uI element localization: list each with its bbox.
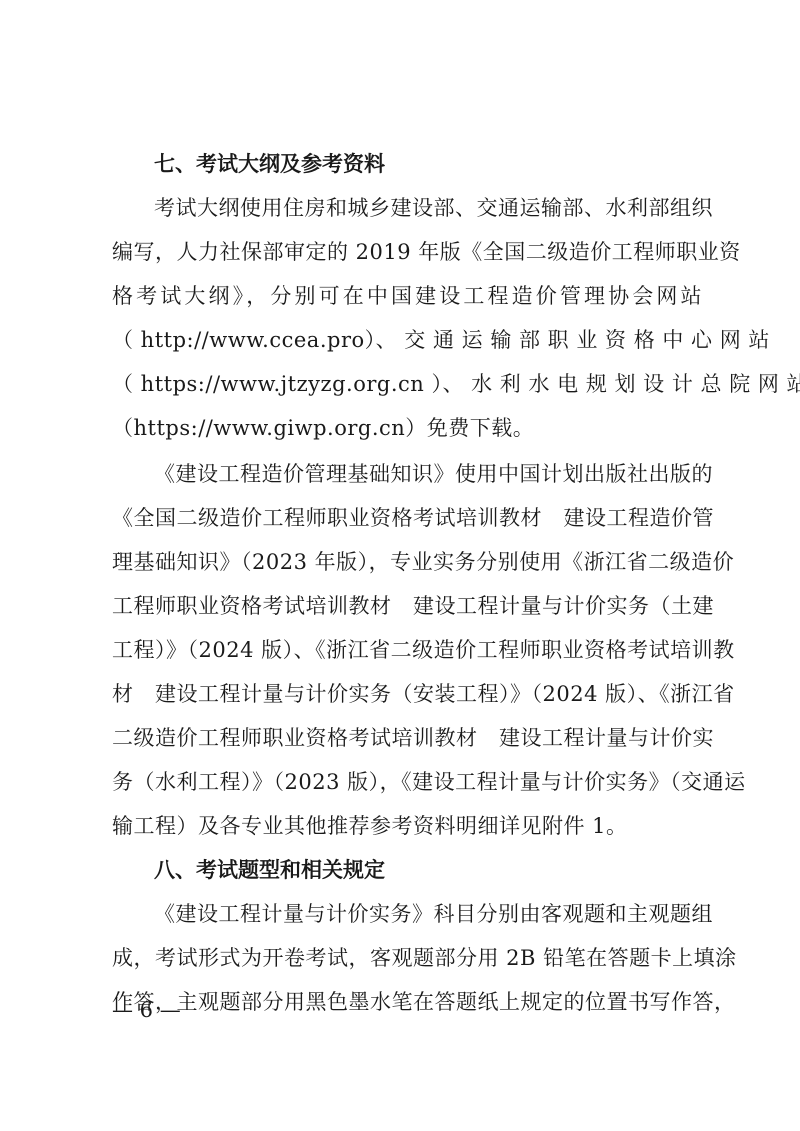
text-line: 格考试大纲》，分别可在中国建设工程造价管理协会网站	[112, 274, 702, 318]
document-page: 七、考试大纲及参考资料 考试大纲使用住房和城乡建设部、交通运输部、水利部组织 编…	[112, 142, 702, 1024]
text-line: 务（水利工程）》（2023 版），《建设工程计量与计价实务》（交通运	[112, 760, 702, 804]
text-line: （ http://www.ccea.pro）、 交 通 运 输 部 职 业 资 …	[112, 318, 702, 362]
text-line: 二级造价工程师职业资格考试培训教材 建设工程计量与计价实	[112, 716, 702, 760]
page-number: — 6 —	[112, 995, 181, 1025]
text-line: 工程师职业资格考试培训教材 建设工程计量与计价实务（土建	[112, 584, 702, 628]
paragraph-exam-syllabus: 考试大纲使用住房和城乡建设部、交通运输部、水利部组织 编写，人力社保部审定的 2…	[112, 186, 702, 450]
section-heading-8: 八、考试题型和相关规定	[112, 848, 702, 892]
text-line: 作答，主观题部分用黑色墨水笔在答题纸上规定的位置书写作答，	[112, 980, 702, 1024]
text-line: 编写，人力社保部审定的 2019 年版《全国二级造价工程师职业资	[112, 230, 702, 274]
text-line: 输工程）及各专业其他推荐参考资料明细详见附件 1。	[112, 804, 702, 848]
paragraph-exam-format: 《建设工程计量与计价实务》科目分别由客观题和主观题组 成，考试形式为开卷考试，客…	[112, 892, 702, 1024]
text-line: 《全国二级造价工程师职业资格考试培训教材 建设工程造价管	[112, 496, 702, 540]
text-line: 《建设工程计量与计价实务》科目分别由客观题和主观题组	[112, 892, 702, 936]
paragraph-reference-materials: 《建设工程造价管理基础知识》使用中国计划出版社出版的 《全国二级造价工程师职业资…	[112, 452, 702, 848]
text-line: 成，考试形式为开卷考试，客观题部分用 2B 铅笔在答题卡上填涂	[112, 936, 702, 980]
section-heading-7: 七、考试大纲及参考资料	[112, 142, 702, 186]
text-line: 工程）》（2024 版）、《浙江省二级造价工程师职业资格考试培训教	[112, 628, 702, 672]
text-line: 《建设工程造价管理基础知识》使用中国计划出版社出版的	[112, 452, 702, 496]
text-line: 考试大纲使用住房和城乡建设部、交通运输部、水利部组织	[112, 186, 702, 230]
text-line: （ https://www.jtzyzg.org.cn ）、 水 利 水 电 规…	[112, 362, 702, 406]
text-line: （https://www.giwp.org.cn）免费下载。	[112, 406, 702, 450]
text-line: 理基础知识》（2023 年版），专业实务分别使用《浙江省二级造价	[112, 540, 702, 584]
text-line: 材 建设工程计量与计价实务（安装工程）》（2024 版）、《浙江省	[112, 672, 702, 716]
